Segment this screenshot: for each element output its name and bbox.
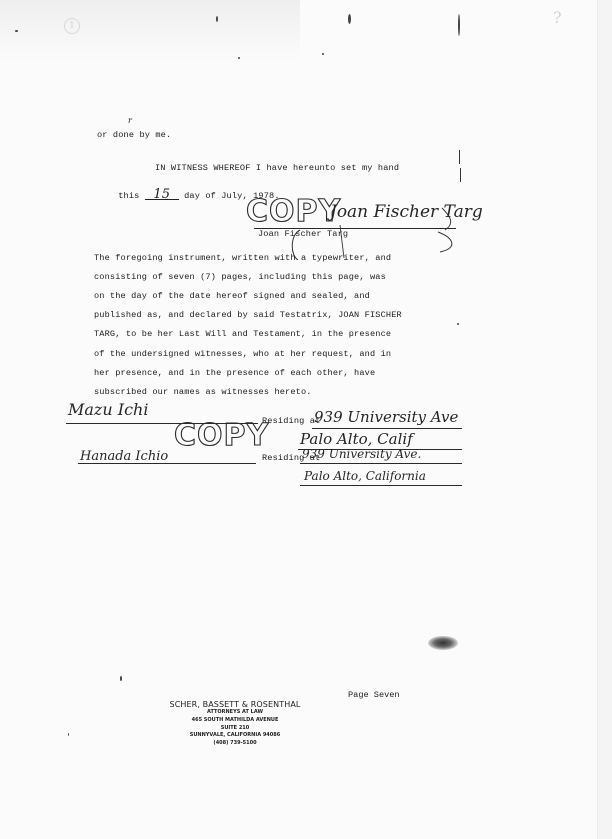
witness-1-address-2: Palo Alto, Calif (300, 430, 413, 448)
attestation-line: subscribed our names as witnesses hereto… (94, 387, 312, 397)
witness-whereof-line: IN WITNESS WHEREOF I have hereunto set m… (155, 163, 399, 173)
firm-address-street: 465 SOUTH MATHILDA AVENUE (150, 717, 320, 725)
margin-mark (459, 150, 460, 164)
firm-address-city: SUNNYVALE, CALIFORNIA 94086 (150, 732, 320, 740)
firm-line-1: ATTORNEYS AT LAW (150, 709, 320, 717)
page-number-label: Page Seven (348, 690, 400, 700)
witness-2-address-line (300, 463, 462, 464)
witness-2-signature: Hanada Ichio (80, 449, 168, 464)
corner-question-mark: ? (553, 8, 562, 27)
scan-speck (458, 14, 460, 36)
continued-line: or done by me. (97, 130, 171, 140)
witness-2-address-2: Palo Alto, California (304, 469, 426, 483)
stray-mark: r (128, 116, 132, 126)
scan-speck (348, 14, 351, 24)
attestation-line: on the day of the date hereof signed and… (94, 291, 370, 301)
scan-speck (457, 323, 459, 325)
scan-speck (120, 676, 122, 681)
law-firm-letterhead: SCHER, BASSETT & ROSENTHAL ATTORNEYS AT … (150, 700, 320, 748)
date-prefix: this (118, 191, 139, 201)
witness-2-address-1: 939 University Ave. (302, 447, 421, 461)
witness-2-signature-line (78, 463, 256, 464)
handwritten-day: 15 (145, 190, 179, 200)
attestation-line: her presence, and in the presence of eac… (94, 368, 375, 378)
witness-2-address-line-2 (300, 485, 462, 486)
scan-shadow (0, 0, 300, 60)
firm-phone: (408) 739-5100 (150, 740, 320, 748)
firm-name: SCHER, BASSETT & ROSENTHAL (150, 700, 320, 709)
witness-1-address-line (312, 428, 462, 429)
scan-speck (322, 53, 324, 55)
scan-speck (15, 30, 18, 32)
witness-copy-stamp: COPY (174, 418, 269, 453)
ink-smudge (428, 636, 458, 650)
attestation-line: consisting of seven (7) pages, including… (94, 272, 386, 282)
scan-speck (216, 16, 218, 22)
scan-speck (68, 733, 69, 736)
witness-1-residing-label: Residing at (262, 416, 320, 426)
scan-speck (238, 57, 240, 59)
attestation-line: The foregoing instrument, written with a… (94, 253, 391, 263)
attestation-line: published as, and declared by said Testa… (94, 310, 402, 320)
circled-page-mark: 1 (64, 18, 80, 34)
witness-1-signature: Mazu Ichi (68, 400, 148, 419)
witness-1-address-1: 939 University Ave (314, 408, 458, 426)
signature-flourish (240, 200, 470, 260)
firm-address-suite: SUITE 210 (150, 725, 320, 733)
attestation-line: of the undersigned witnesses, who at her… (94, 349, 391, 359)
margin-mark (460, 168, 461, 182)
scan-edge (597, 0, 612, 839)
attestation-line: TARG, to be her Last Will and Testament,… (94, 329, 391, 339)
